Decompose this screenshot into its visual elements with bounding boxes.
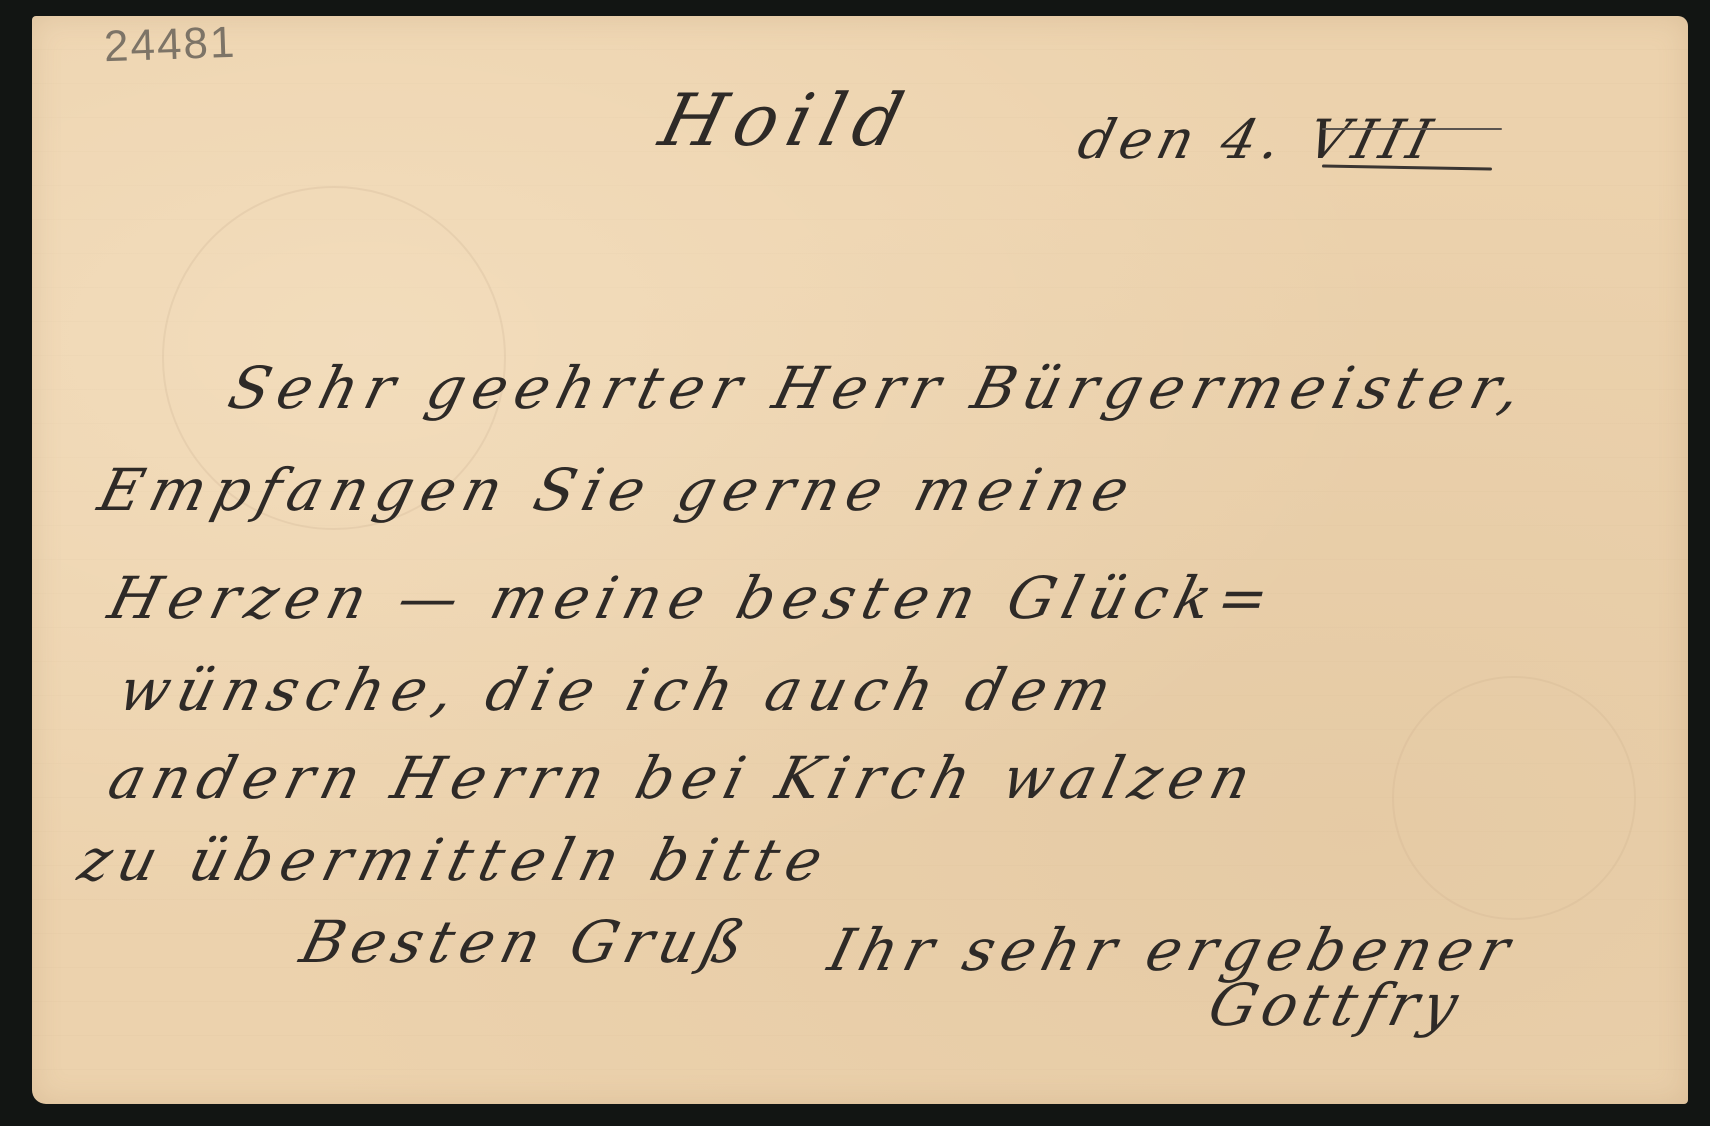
body-line-1: Sehr geehrter Herr Bürgermeister, [222,354,1536,422]
header-date: den 4. VIII [1072,108,1444,171]
signature: Gottfry [1202,971,1471,1039]
body-line-4: wünsche, die ich auch dem [112,656,1126,724]
body-line-6: zu übermitteln bitte [72,826,837,894]
date-overline [1322,128,1502,130]
body-line-5: andern Herrn bei Kirch walzen [102,744,1265,812]
scan-background: 24481 Hoild den 4. VIII Sehr geehrter He… [0,0,1710,1126]
header-place: Hoild [652,78,921,162]
body-line-2: Empfangen Sie gerne meine [92,456,1144,524]
body-line-3: Herzen — meine besten Glück= [102,564,1284,632]
postcard: 24481 Hoild den 4. VIII Sehr geehrter He… [32,16,1688,1104]
closing-greeting: Besten Gruß [294,908,758,976]
faint-postmark-show-through [1392,676,1636,920]
archive-number: 24481 [103,18,237,73]
